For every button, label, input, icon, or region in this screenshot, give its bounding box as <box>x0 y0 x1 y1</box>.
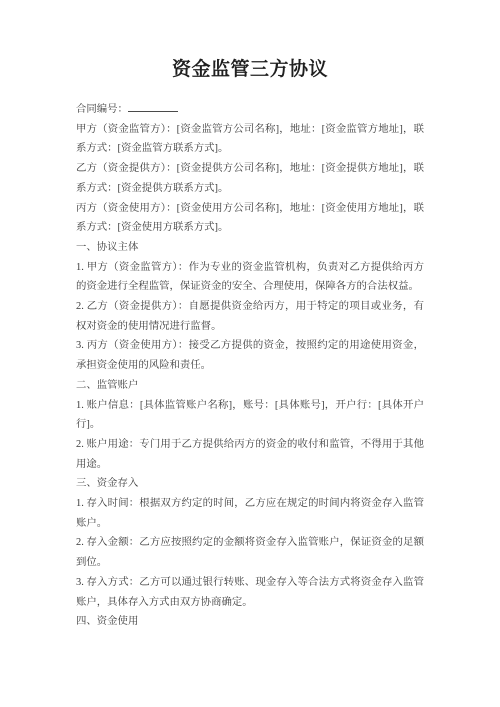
paragraph: 一、协议主体 <box>76 238 424 258</box>
paragraph: 丙方（资金使用方）：[资金使用方公司名称]，地址：[资金使用方地址]，联系方式：… <box>76 199 424 238</box>
paragraph-list: 甲方（资金监管方）：[资金监管方公司名称]，地址：[资金监管方地址]，联系方式：… <box>76 120 424 632</box>
paragraph: 2. 账户用途：专门用于乙方提供给丙方的资金的收付和监管，不得用于其他用途。 <box>76 435 424 474</box>
document-page: 资金监管三方协议 合同编号： 甲方（资金监管方）：[资金监管方公司名称]，地址：… <box>0 0 500 707</box>
paragraph: 2. 乙方（资金提供方）：自愿提供资金给丙方，用于特定的项目或业务，有权对资金的… <box>76 297 424 336</box>
paragraph: 乙方（资金提供方）：[资金提供方公司名称]，地址：[资金提供方地址]，联系方式：… <box>76 159 424 198</box>
contract-number-line: 合同编号： <box>76 100 424 120</box>
document-title: 资金监管三方协议 <box>76 56 424 84</box>
contract-number-label: 合同编号： <box>76 104 128 115</box>
paragraph: 二、监管账户 <box>76 376 424 396</box>
paragraph: 四、资金使用 <box>76 612 424 632</box>
paragraph: 甲方（资金监管方）：[资金监管方公司名称]，地址：[资金监管方地址]，联系方式：… <box>76 120 424 159</box>
paragraph: 1. 账户信息：[具体监管账户名称]，账号：[具体账号]，开户行：[具体开户行]… <box>76 396 424 435</box>
paragraph: 三、资金存入 <box>76 474 424 494</box>
contract-number-blank <box>128 100 178 112</box>
document-body: 合同编号： 甲方（资金监管方）：[资金监管方公司名称]，地址：[资金监管方地址]… <box>76 100 424 632</box>
paragraph: 3. 丙方（资金使用方）：接受乙方提供的资金，按照约定的用途使用资金，承担资金使… <box>76 336 424 375</box>
paragraph: 2. 存入金额：乙方应按照约定的金额将资金存入监管账户，保证资金的足额到位。 <box>76 533 424 572</box>
paragraph: 1. 存入时间：根据双方约定的时间，乙方应在规定的时间内将资金存入监管账户。 <box>76 494 424 533</box>
paragraph: 1. 甲方（资金监管方）：作为专业的资金监管机构，负责对乙方提供给丙方的资金进行… <box>76 258 424 297</box>
paragraph: 3. 存入方式：乙方可以通过银行转账、现金存入等合法方式将资金存入监管账户，具体… <box>76 573 424 612</box>
